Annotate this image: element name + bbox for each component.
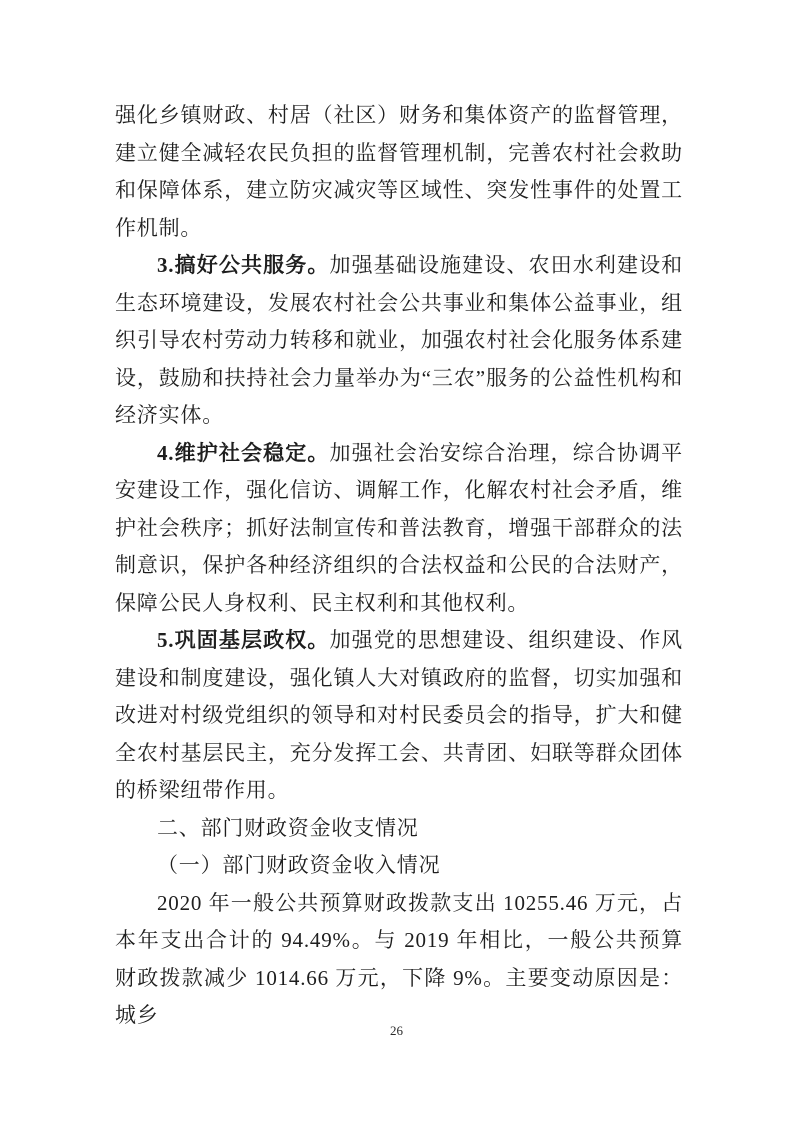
paragraph-text: 加强基础设施建设、农田水利建设和生态环境建设，发展农村社会公共事业和集体公益事业… [115,253,683,427]
paragraph-lead-bold: 4.维护社会稳定。 [157,441,329,465]
body-text: 强化乡镇财政、村居（社区）财务和集体资产的监督管理，建立健全减轻农民负担的监督管… [115,97,683,1035]
paragraph-2020-expenditure: 2020 年一般公共预算财政拨款支出 10255.46 万元，占本年支出合计的 … [115,885,683,1035]
heading-text: 二、部门财政资金收支情况 [157,816,419,840]
paragraph-continuation: 强化乡镇财政、村居（社区）财务和集体资产的监督管理，建立健全减轻农民负担的监督管… [115,97,683,247]
paragraph-lead-bold: 3.搞好公共服务。 [157,253,329,277]
document-page: 强化乡镇财政、村居（社区）财务和集体资产的监督管理，建立健全减轻农民负担的监督管… [0,0,793,1122]
paragraph-lead-bold: 5.巩固基层政权。 [157,628,329,652]
heading-subsection-2-1: （一）部门财政资金收入情况 [115,847,683,885]
heading-text: （一）部门财政资金收入情况 [157,853,440,877]
paragraph-3-public-services: 3.搞好公共服务。加强基础设施建设、农田水利建设和生态环境建设，发展农村社会公共… [115,247,683,435]
page-number: 26 [0,1023,793,1039]
heading-section-2: 二、部门财政资金收支情况 [115,810,683,848]
paragraph-text: 强化乡镇财政、村居（社区）财务和集体资产的监督管理，建立健全减轻农民负担的监督管… [115,103,683,240]
paragraph-text: 加强党的思想建设、组织建设、作风建设和制度建设，强化镇人大对镇政府的监督，切实加… [115,628,683,802]
paragraph-text: 加强社会治安综合治理，综合协调平安建设工作，强化信访、调解工作，化解农村社会矛盾… [115,441,683,615]
paragraph-5-grassroots-power: 5.巩固基层政权。加强党的思想建设、组织建设、作风建设和制度建设，强化镇人大对镇… [115,622,683,810]
paragraph-text: 2020 年一般公共预算财政拨款支出 10255.46 万元，占本年支出合计的 … [115,891,683,1028]
paragraph-4-social-stability: 4.维护社会稳定。加强社会治安综合治理，综合协调平安建设工作，强化信访、调解工作… [115,435,683,623]
